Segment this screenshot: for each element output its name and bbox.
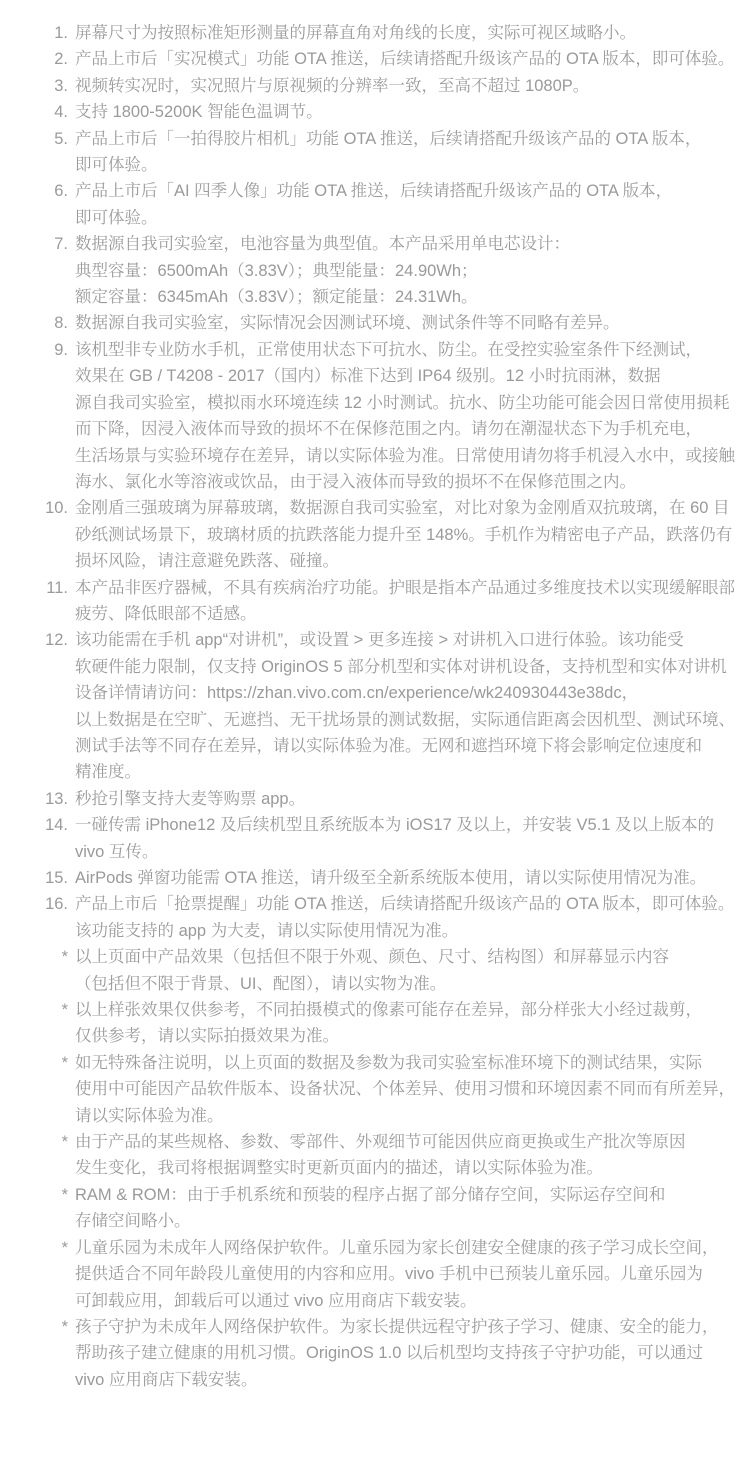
item-number: 2. xyxy=(0,46,68,72)
item-text-line: 提供适合不同年龄段儿童使用的内容和应用。vivo 手机中已预装儿童乐园。儿童乐园… xyxy=(75,1261,750,1287)
item-text: 如无特殊备注说明，以上页面的数据及参数为我司实验室标准环境下的测试结果，实际使用… xyxy=(68,1050,750,1129)
item-text-line: 海水、氯化水等溶液或饮品，由于浸入液体而导致的损坏不在保修范围之内。 xyxy=(75,469,750,495)
list-item: 9.该机型非专业防水手机，正常使用状态下可抗水、防尘。在受控实验室条件下经测试，… xyxy=(0,337,750,495)
list-item: 4.支持 1800-5200K 智能色温调节。 xyxy=(0,99,750,125)
item-text: 该机型非专业防水手机，正常使用状态下可抗水、防尘。在受控实验室条件下经测试，效果… xyxy=(68,337,750,495)
asterisk-marker: * xyxy=(0,1235,68,1261)
item-text: 本产品非医疗器械，不具有疾病治疗功能。护眼是指本产品通过多维度技术以实现缓解眼部… xyxy=(68,575,750,628)
item-text-line: 设备详情请访问：https://zhan.vivo.com.cn/experie… xyxy=(75,680,750,706)
item-text: 以上样张效果仅供参考，不同拍摄模式的像素可能存在差异，部分样张大小经过裁剪，仅供… xyxy=(68,997,750,1050)
item-text-line: 请以实际体验为准。 xyxy=(75,1103,750,1129)
item-text: 一碰传需 iPhone12 及后续机型且系统版本为 iOS17 及以上，并安装 … xyxy=(68,812,750,865)
item-text: 产品上市后「一拍得胶片相机」功能 OTA 推送，后续请搭配升级该产品的 OTA … xyxy=(68,126,750,179)
item-text-line: 以上页面中产品效果（包括但不限于外观、颜色、尺寸、结构图）和屏幕显示内容 xyxy=(75,944,750,970)
item-number: 11. xyxy=(0,575,68,601)
list-item: 12.该功能需在手机 app“对讲机”，或设置 > 更多连接 > 对讲机入口进行… xyxy=(0,627,750,785)
item-text-line: 存储空间略小。 xyxy=(75,1208,750,1234)
item-text-line: 效果在 GB / T4208 - 2017（国内）标准下达到 IP64 级别。1… xyxy=(75,363,750,389)
item-text-line: 如无特殊备注说明，以上页面的数据及参数为我司实验室标准环境下的测试结果，实际 xyxy=(75,1050,750,1076)
item-text-line: （包括但不限于背景、UI、配图），请以实物为准。 xyxy=(75,971,750,997)
item-text: 儿童乐园为未成年人网络保护软件。儿童乐园为家长创建安全健康的孩子学习成长空间，提… xyxy=(68,1235,750,1314)
list-item: 16.产品上市后「抢票提醒」功能 OTA 推送，后续请搭配升级该产品的 OTA … xyxy=(0,891,750,944)
item-text: 支持 1800-5200K 智能色温调节。 xyxy=(68,99,750,125)
item-text-line: 以上数据是在空旷、无遮挡、无干扰场景的测试数据，实际通信距离会因机型、测试环境、 xyxy=(75,707,750,733)
item-text: 该功能需在手机 app“对讲机”，或设置 > 更多连接 > 对讲机入口进行体验。… xyxy=(68,627,750,785)
item-number: 1. xyxy=(0,20,68,46)
item-text-line: 由于产品的某些规格、参数、零部件、外观细节可能因供应商更换或生产批次等原因 xyxy=(75,1129,750,1155)
item-text-line: 砂纸测试场景下，玻璃材质的抗跌落能力提升至 148%。手机作为精密电子产品，跌落… xyxy=(75,522,750,548)
item-text-line: 秒抢引擎支持大麦等购票 app。 xyxy=(75,786,750,812)
item-number: 14. xyxy=(0,812,68,838)
list-item: *孩子守护为未成年人网络保护软件。为家长提供远程守护孩子学习、健康、安全的能力，… xyxy=(0,1314,750,1393)
numbered-footnote-list: 1.屏幕尺寸为按照标准矩形测量的屏幕直角对角线的长度，实际可视区域略小。2.产品… xyxy=(0,20,750,944)
item-number: 13. xyxy=(0,786,68,812)
item-text: 数据源自我司实验室，电池容量为典型值。本产品采用单电芯设计：典型容量：6500m… xyxy=(68,231,750,310)
item-text-line: 儿童乐园为未成年人网络保护软件。儿童乐园为家长创建安全健康的孩子学习成长空间， xyxy=(75,1235,750,1261)
item-number: 10. xyxy=(0,495,68,521)
item-text-line: AirPods 弹窗功能需 OTA 推送，请升级至全新系统版本使用，请以实际使用… xyxy=(75,865,750,891)
item-text-line: 视频转实况时，实况照片与原视频的分辨率一致，至高不超过 1080P。 xyxy=(75,73,750,99)
product-disclaimer-page: 1.屏幕尺寸为按照标准矩形测量的屏幕直角对角线的长度，实际可视区域略小。2.产品… xyxy=(0,0,750,1453)
item-text-line: 支持 1800-5200K 智能色温调节。 xyxy=(75,99,750,125)
list-item: 7.数据源自我司实验室，电池容量为典型值。本产品采用单电芯设计：典型容量：650… xyxy=(0,231,750,310)
item-text-line: 屏幕尺寸为按照标准矩形测量的屏幕直角对角线的长度，实际可视区域略小。 xyxy=(75,20,750,46)
item-text: 数据源自我司实验室，实际情况会因测试环境、测试条件等不同略有差异。 xyxy=(68,310,750,336)
list-item: 14.一碰传需 iPhone12 及后续机型且系统版本为 iOS17 及以上，并… xyxy=(0,812,750,865)
list-item: *儿童乐园为未成年人网络保护软件。儿童乐园为家长创建安全健康的孩子学习成长空间，… xyxy=(0,1235,750,1314)
asterisk-marker: * xyxy=(0,1182,68,1208)
item-number: 16. xyxy=(0,891,68,917)
asterisk-note-list: *以上页面中产品效果（包括但不限于外观、颜色、尺寸、结构图）和屏幕显示内容（包括… xyxy=(0,944,750,1393)
list-item: *如无特殊备注说明，以上页面的数据及参数为我司实验室标准环境下的测试结果，实际使… xyxy=(0,1050,750,1129)
list-item: 6.产品上市后「AI 四季人像」功能 OTA 推送，后续请搭配升级该产品的 OT… xyxy=(0,178,750,231)
item-number: 9. xyxy=(0,337,68,363)
list-item: 13.秒抢引擎支持大麦等购票 app。 xyxy=(0,786,750,812)
item-number: 3. xyxy=(0,73,68,99)
list-item: *由于产品的某些规格、参数、零部件、外观细节可能因供应商更换或生产批次等原因发生… xyxy=(0,1129,750,1182)
item-number: 6. xyxy=(0,178,68,204)
item-text-line: 疲劳、降低眼部不适感。 xyxy=(75,601,750,627)
item-text-line: 以上样张效果仅供参考，不同拍摄模式的像素可能存在差异，部分样张大小经过裁剪， xyxy=(75,997,750,1023)
item-number: 7. xyxy=(0,231,68,257)
item-text-line: 源自我司实验室，模拟雨水环境连续 12 小时测试。抗水、防尘功能可能会因日常使用… xyxy=(75,390,750,416)
item-text-line: 测试手法等不同存在差异，请以实际体验为准。无网和遮挡环境下将会影响定位速度和 xyxy=(75,733,750,759)
item-number: 4. xyxy=(0,99,68,125)
asterisk-marker: * xyxy=(0,997,68,1023)
item-text: 以上页面中产品效果（包括但不限于外观、颜色、尺寸、结构图）和屏幕显示内容（包括但… xyxy=(68,944,750,997)
item-text-line: 该功能需在手机 app“对讲机”，或设置 > 更多连接 > 对讲机入口进行体验。… xyxy=(75,627,750,653)
item-text-line: 该机型非专业防水手机，正常使用状态下可抗水、防尘。在受控实验室条件下经测试， xyxy=(75,337,750,363)
item-number: 5. xyxy=(0,126,68,152)
item-text-line: 金刚盾三强玻璃为屏幕玻璃，数据源自我司实验室，对比对象为金刚盾双抗玻璃，在 60… xyxy=(75,495,750,521)
list-item: 1.屏幕尺寸为按照标准矩形测量的屏幕直角对角线的长度，实际可视区域略小。 xyxy=(0,20,750,46)
item-text-line: 仅供参考，请以实际拍摄效果为准。 xyxy=(75,1023,750,1049)
item-text-line: 帮助孩子建立健康的用机习惯。OriginOS 1.0 以后机型均支持孩子守护功能… xyxy=(75,1340,750,1366)
item-text: AirPods 弹窗功能需 OTA 推送，请升级至全新系统版本使用，请以实际使用… xyxy=(68,865,750,891)
list-item: 8.数据源自我司实验室，实际情况会因测试环境、测试条件等不同略有差异。 xyxy=(0,310,750,336)
list-item: 15.AirPods 弹窗功能需 OTA 推送，请升级至全新系统版本使用，请以实… xyxy=(0,865,750,891)
item-text-line: 精准度。 xyxy=(75,759,750,785)
asterisk-marker: * xyxy=(0,1050,68,1076)
item-text-line: 孩子守护为未成年人网络保护软件。为家长提供远程守护孩子学习、健康、安全的能力， xyxy=(75,1314,750,1340)
item-text: 孩子守护为未成年人网络保护软件。为家长提供远程守护孩子学习、健康、安全的能力，帮… xyxy=(68,1314,750,1393)
item-number: 8. xyxy=(0,310,68,336)
asterisk-marker: * xyxy=(0,944,68,970)
item-text-line: 可卸载应用，卸载后可以通过 vivo 应用商店下载安装。 xyxy=(75,1288,750,1314)
list-item: 2.产品上市后「实况模式」功能 OTA 推送，后续请搭配升级该产品的 OTA 版… xyxy=(0,46,750,72)
item-text-line: 即可体验。 xyxy=(75,152,750,178)
item-text: 由于产品的某些规格、参数、零部件、外观细节可能因供应商更换或生产批次等原因发生变… xyxy=(68,1129,750,1182)
item-text-line: 产品上市后「抢票提醒」功能 OTA 推送，后续请搭配升级该产品的 OTA 版本，… xyxy=(75,891,750,917)
item-number: 15. xyxy=(0,865,68,891)
item-text-line: 生活场景与实验环境存在差异，请以实际体验为准。日常使用请勿将手机浸入水中，或接触 xyxy=(75,443,750,469)
item-text-line: 使用中可能因产品软件版本、设备状况、个体差异、使用习惯和环境因素不同而有所差异， xyxy=(75,1076,750,1102)
list-item: 5.产品上市后「一拍得胶片相机」功能 OTA 推送，后续请搭配升级该产品的 OT… xyxy=(0,126,750,179)
item-text-line: 额定容量：6345mAh（3.83V）；额定能量：24.31Wh。 xyxy=(75,284,750,310)
list-item: *RAM & ROM：由于手机系统和预装的程序占据了部分储存空间，实际运存空间和… xyxy=(0,1182,750,1235)
item-text-line: 产品上市后「实况模式」功能 OTA 推送，后续请搭配升级该产品的 OTA 版本，… xyxy=(75,46,750,72)
item-text-line: 软硬件能力限制，仅支持 OriginOS 5 部分机型和实体对讲机设备，支持机型… xyxy=(75,654,750,680)
item-text: 视频转实况时，实况照片与原视频的分辨率一致，至高不超过 1080P。 xyxy=(68,73,750,99)
list-item: 11.本产品非医疗器械，不具有疾病治疗功能。护眼是指本产品通过多维度技术以实现缓… xyxy=(0,575,750,628)
item-text-line: 典型容量：6500mAh（3.83V）；典型能量：24.90Wh； xyxy=(75,258,750,284)
item-text-line: 而下降，因浸入液体而导致的损坏不在保修范围之内。请勿在潮湿状态下为手机充电， xyxy=(75,416,750,442)
item-text-line: 数据源自我司实验室，电池容量为典型值。本产品采用单电芯设计： xyxy=(75,231,750,257)
item-text: 秒抢引擎支持大麦等购票 app。 xyxy=(68,786,750,812)
item-text-line: 一碰传需 iPhone12 及后续机型且系统版本为 iOS17 及以上，并安装 … xyxy=(75,812,750,838)
item-text: 产品上市后「抢票提醒」功能 OTA 推送，后续请搭配升级该产品的 OTA 版本，… xyxy=(68,891,750,944)
item-text: 产品上市后「AI 四季人像」功能 OTA 推送，后续请搭配升级该产品的 OTA … xyxy=(68,178,750,231)
item-text-line: 损坏风险，请注意避免跌落、碰撞。 xyxy=(75,548,750,574)
list-item: 3.视频转实况时，实况照片与原视频的分辨率一致，至高不超过 1080P。 xyxy=(0,73,750,99)
asterisk-marker: * xyxy=(0,1129,68,1155)
item-number: 12. xyxy=(0,627,68,653)
item-text-line: 发生变化，我司将根据调整实时更新页面内的描述，请以实际体验为准。 xyxy=(75,1155,750,1181)
item-text: 金刚盾三强玻璃为屏幕玻璃，数据源自我司实验室，对比对象为金刚盾双抗玻璃，在 60… xyxy=(68,495,750,574)
list-item: *以上页面中产品效果（包括但不限于外观、颜色、尺寸、结构图）和屏幕显示内容（包括… xyxy=(0,944,750,997)
item-text-line: 数据源自我司实验室，实际情况会因测试环境、测试条件等不同略有差异。 xyxy=(75,310,750,336)
item-text-line: RAM & ROM：由于手机系统和预装的程序占据了部分储存空间，实际运存空间和 xyxy=(75,1182,750,1208)
item-text-line: 产品上市后「一拍得胶片相机」功能 OTA 推送，后续请搭配升级该产品的 OTA … xyxy=(75,126,750,152)
item-text: 产品上市后「实况模式」功能 OTA 推送，后续请搭配升级该产品的 OTA 版本，… xyxy=(68,46,750,72)
item-text: RAM & ROM：由于手机系统和预装的程序占据了部分储存空间，实际运存空间和存… xyxy=(68,1182,750,1235)
list-item: 10.金刚盾三强玻璃为屏幕玻璃，数据源自我司实验室，对比对象为金刚盾双抗玻璃，在… xyxy=(0,495,750,574)
asterisk-marker: * xyxy=(0,1314,68,1340)
item-text-line: vivo 互传。 xyxy=(75,839,750,865)
list-item: *以上样张效果仅供参考，不同拍摄模式的像素可能存在差异，部分样张大小经过裁剪，仅… xyxy=(0,997,750,1050)
item-text-line: 本产品非医疗器械，不具有疾病治疗功能。护眼是指本产品通过多维度技术以实现缓解眼部 xyxy=(75,575,750,601)
item-text-line: 产品上市后「AI 四季人像」功能 OTA 推送，后续请搭配升级该产品的 OTA … xyxy=(75,178,750,204)
item-text-line: 该功能支持的 app 为大麦，请以实际使用情况为准。 xyxy=(75,918,750,944)
item-text: 屏幕尺寸为按照标准矩形测量的屏幕直角对角线的长度，实际可视区域略小。 xyxy=(68,20,750,46)
item-text-line: 即可体验。 xyxy=(75,205,750,231)
item-text-line: vivo 应用商店下载安装。 xyxy=(75,1367,750,1393)
